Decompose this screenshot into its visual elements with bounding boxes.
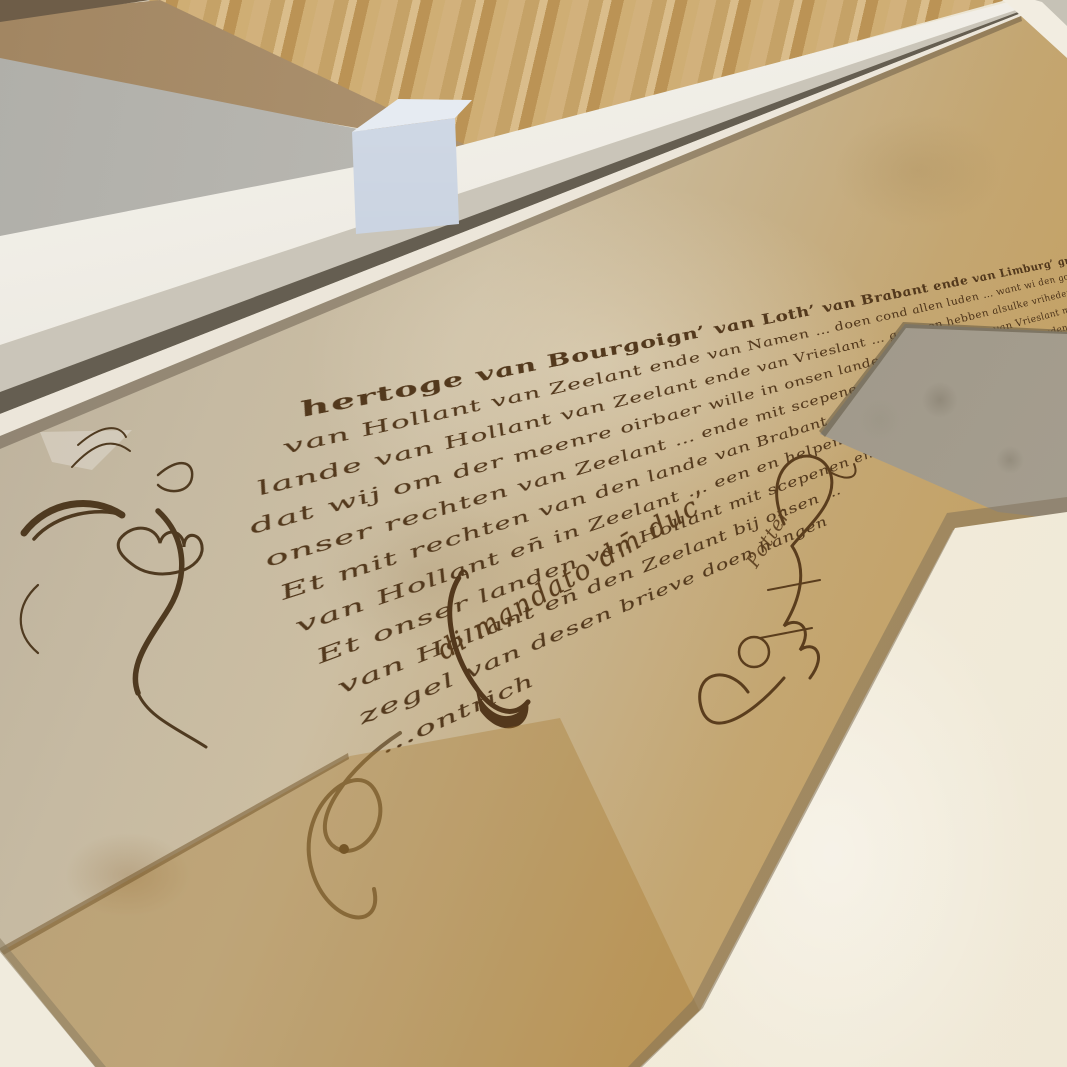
photo-of-medieval-charter: hertoge van Bourgoignʼ van Lothʼ van Bra… xyxy=(0,0,1067,1067)
decorated-initial-flourish xyxy=(8,415,298,745)
